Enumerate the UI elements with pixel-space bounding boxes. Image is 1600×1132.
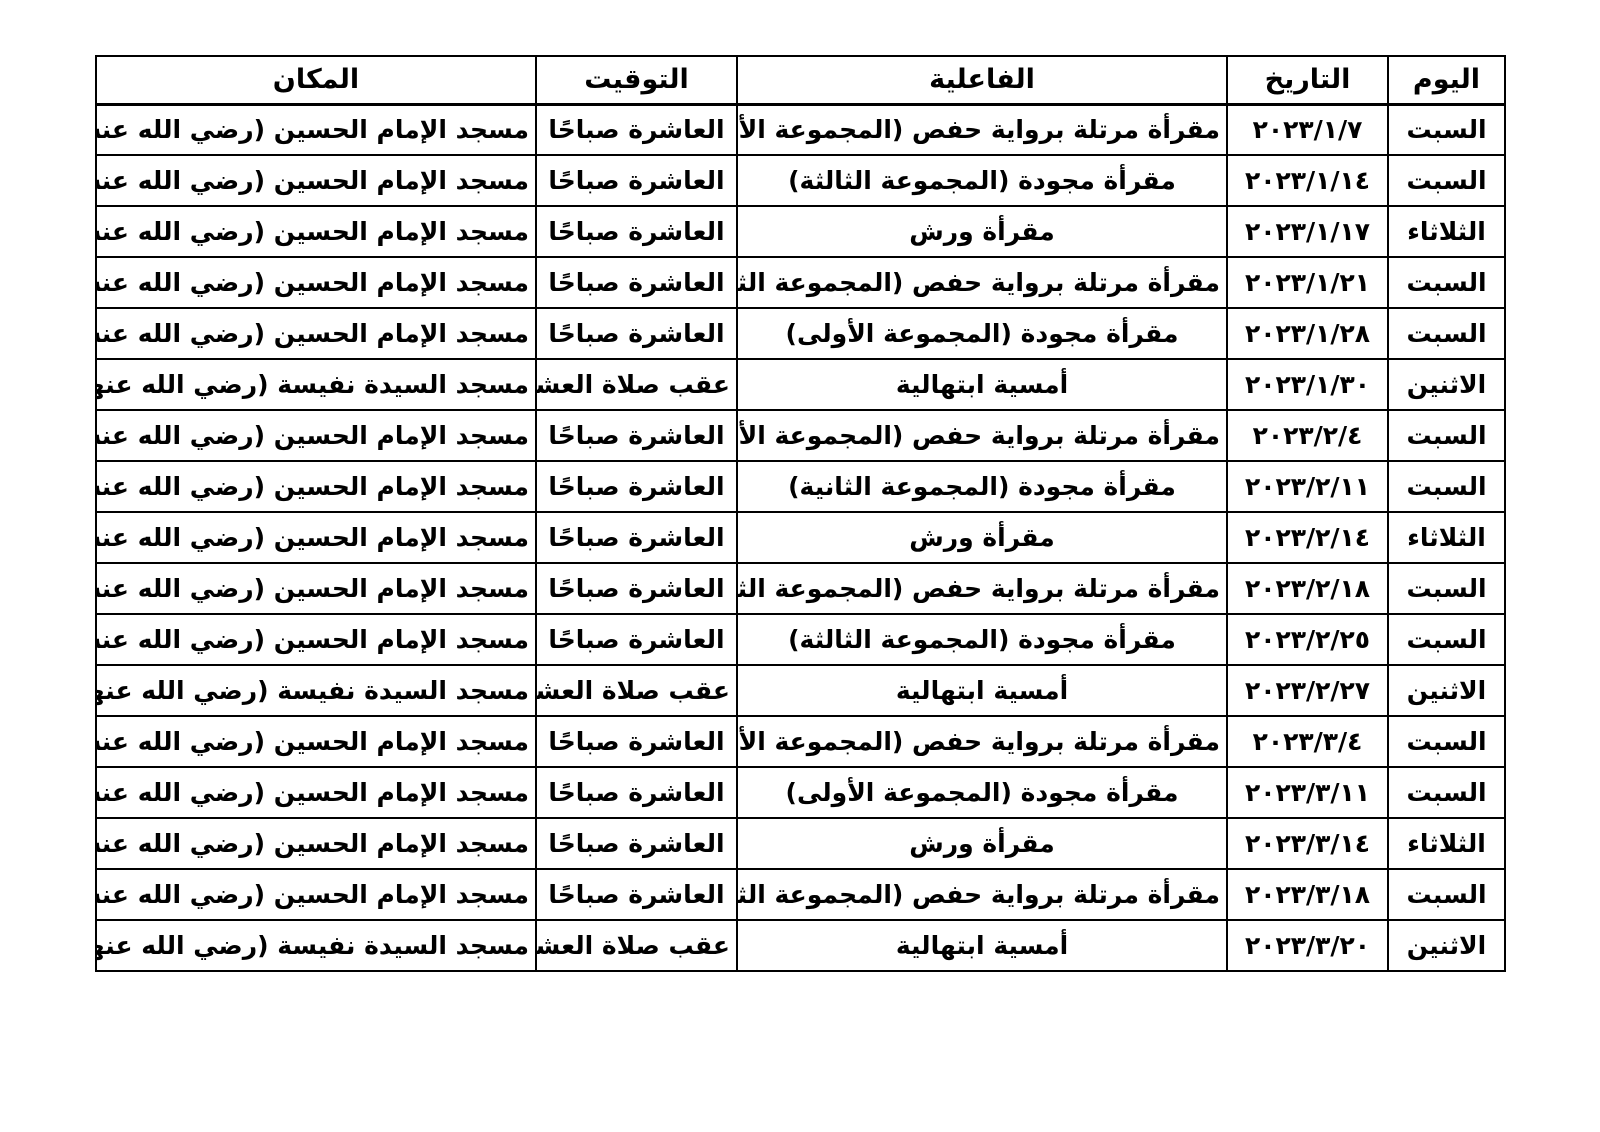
cell-date: ٢٠٢٣/٣/٤ — [1227, 716, 1388, 767]
cell-activity: مقرأة مجودة (المجموعة الثانية) — [737, 461, 1227, 512]
table-row: الاثنين٢٠٢٣/٢/٢٧أمسية ابتهاليةعقب صلاة ا… — [96, 665, 1505, 716]
table-row: الاثنين٢٠٢٣/١/٣٠أمسية ابتهاليةعقب صلاة ا… — [96, 359, 1505, 410]
cell-place: مسجد الإمام الحسين (رضي الله عنه) — [96, 614, 536, 665]
cell-time: عقب صلاة العشاء — [536, 920, 737, 971]
cell-place: مسجد الإمام الحسين (رضي الله عنه) — [96, 461, 536, 512]
cell-place: مسجد الإمام الحسين (رضي الله عنه) — [96, 512, 536, 563]
schedule-table-body: السبت٢٠٢٣/١/٧مقرأة مرتلة برواية حفص (الم… — [96, 104, 1505, 971]
cell-day: الثلاثاء — [1388, 512, 1505, 563]
cell-activity: مقرأة ورش — [737, 512, 1227, 563]
cell-place: مسجد الإمام الحسين (رضي الله عنه) — [96, 818, 536, 869]
cell-place: مسجد الإمام الحسين (رضي الله عنه) — [96, 206, 536, 257]
table-row: السبت٢٠٢٣/١/٧مقرأة مرتلة برواية حفص (الم… — [96, 104, 1505, 155]
cell-place: مسجد الإمام الحسين (رضي الله عنه) — [96, 563, 536, 614]
header-time: التوقيت — [536, 56, 737, 104]
header-day: اليوم — [1388, 56, 1505, 104]
document-page: اليوم التاريخ الفاعلية التوقيت المكان ال… — [0, 0, 1600, 1132]
header-activity: الفاعلية — [737, 56, 1227, 104]
cell-activity: مقرأة مجودة (المجموعة الأولى) — [737, 767, 1227, 818]
cell-date: ٢٠٢٣/٢/١١ — [1227, 461, 1388, 512]
cell-time: العاشرة صباحًا — [536, 461, 737, 512]
cell-time: العاشرة صباحًا — [536, 818, 737, 869]
cell-date: ٢٠٢٣/١/١٤ — [1227, 155, 1388, 206]
cell-time: العاشرة صباحًا — [536, 767, 737, 818]
table-row: السبت٢٠٢٣/٢/٤مقرأة مرتلة برواية حفص (الم… — [96, 410, 1505, 461]
cell-day: السبت — [1388, 869, 1505, 920]
cell-day: الاثنين — [1388, 359, 1505, 410]
cell-activity: مقرأة ورش — [737, 206, 1227, 257]
cell-activity: أمسية ابتهالية — [737, 359, 1227, 410]
cell-time: العاشرة صباحًا — [536, 410, 737, 461]
table-row: السبت٢٠٢٣/٣/٤مقرأة مرتلة برواية حفص (الم… — [96, 716, 1505, 767]
table-row: السبت٢٠٢٣/٢/١١مقرأة مجودة (المجموعة الثا… — [96, 461, 1505, 512]
cell-day: السبت — [1388, 308, 1505, 359]
cell-activity: مقرأة مرتلة برواية حفص (المجموعة الثانية… — [737, 257, 1227, 308]
cell-place: مسجد الإمام الحسين (رضي الله عنه) — [96, 767, 536, 818]
cell-place: مسجد الإمام الحسين (رضي الله عنه) — [96, 257, 536, 308]
cell-place: مسجد الإمام الحسين (رضي الله عنه) — [96, 716, 536, 767]
cell-time: العاشرة صباحًا — [536, 869, 737, 920]
cell-date: ٢٠٢٣/٢/١٨ — [1227, 563, 1388, 614]
table-row: الثلاثاء٢٠٢٣/١/١٧مقرأة ورشالعاشرة صباحًا… — [96, 206, 1505, 257]
cell-place: مسجد الإمام الحسين (رضي الله عنه) — [96, 308, 536, 359]
cell-date: ٢٠٢٣/٢/٢٧ — [1227, 665, 1388, 716]
table-row: الثلاثاء٢٠٢٣/٣/١٤مقرأة ورشالعاشرة صباحًا… — [96, 818, 1505, 869]
table-row: السبت٢٠٢٣/١/٢٨مقرأة مجودة (المجموعة الأو… — [96, 308, 1505, 359]
header-date: التاريخ — [1227, 56, 1388, 104]
cell-time: العاشرة صباحًا — [536, 614, 737, 665]
cell-date: ٢٠٢٣/٢/٢٥ — [1227, 614, 1388, 665]
cell-place: مسجد الإمام الحسين (رضي الله عنه) — [96, 869, 536, 920]
table-row: الاثنين٢٠٢٣/٣/٢٠أمسية ابتهاليةعقب صلاة ا… — [96, 920, 1505, 971]
cell-activity: مقرأة مرتلة برواية حفص (المجموعة الثانية… — [737, 563, 1227, 614]
cell-day: السبت — [1388, 767, 1505, 818]
cell-date: ٢٠٢٣/٣/١٨ — [1227, 869, 1388, 920]
cell-time: عقب صلاة العشاء — [536, 665, 737, 716]
cell-day: السبت — [1388, 104, 1505, 155]
cell-day: السبت — [1388, 461, 1505, 512]
cell-day: الاثنين — [1388, 920, 1505, 971]
table-row: السبت٢٠٢٣/٢/٢٥مقرأة مجودة (المجموعة الثا… — [96, 614, 1505, 665]
cell-day: الاثنين — [1388, 665, 1505, 716]
cell-time: العاشرة صباحًا — [536, 512, 737, 563]
header-row: اليوم التاريخ الفاعلية التوقيت المكان — [96, 56, 1505, 104]
cell-day: السبت — [1388, 257, 1505, 308]
cell-day: الثلاثاء — [1388, 206, 1505, 257]
table-row: السبت٢٠٢٣/٢/١٨مقرأة مرتلة برواية حفص (ال… — [96, 563, 1505, 614]
cell-place: مسجد السيدة نفيسة (رضي الله عنها) — [96, 920, 536, 971]
cell-time: العاشرة صباحًا — [536, 104, 737, 155]
cell-place: مسجد الإمام الحسين (رضي الله عنه) — [96, 104, 536, 155]
cell-day: السبت — [1388, 563, 1505, 614]
cell-place: مسجد السيدة نفيسة (رضي الله عنها) — [96, 359, 536, 410]
table-row: السبت٢٠٢٣/١/٢١مقرأة مرتلة برواية حفص (ال… — [96, 257, 1505, 308]
cell-activity: أمسية ابتهالية — [737, 665, 1227, 716]
cell-place: مسجد الإمام الحسين (رضي الله عنه) — [96, 410, 536, 461]
cell-time: العاشرة صباحًا — [536, 155, 737, 206]
table-row: السبت٢٠٢٣/٣/١٨مقرأة مرتلة برواية حفص (ال… — [96, 869, 1505, 920]
cell-date: ٢٠٢٣/٣/١١ — [1227, 767, 1388, 818]
cell-activity: أمسية ابتهالية — [737, 920, 1227, 971]
cell-time: عقب صلاة العشاء — [536, 359, 737, 410]
cell-activity: مقرأة مجودة (المجموعة الأولى) — [737, 308, 1227, 359]
cell-date: ٢٠٢٣/١/٢٨ — [1227, 308, 1388, 359]
cell-time: العاشرة صباحًا — [536, 716, 737, 767]
cell-place: مسجد السيدة نفيسة (رضي الله عنها) — [96, 665, 536, 716]
table-row: الثلاثاء٢٠٢٣/٢/١٤مقرأة ورشالعاشرة صباحًا… — [96, 512, 1505, 563]
cell-activity: مقرأة ورش — [737, 818, 1227, 869]
cell-place: مسجد الإمام الحسين (رضي الله عنه) — [96, 155, 536, 206]
cell-day: السبت — [1388, 410, 1505, 461]
cell-date: ٢٠٢٣/٢/٤ — [1227, 410, 1388, 461]
events-schedule-table: اليوم التاريخ الفاعلية التوقيت المكان ال… — [95, 55, 1506, 972]
cell-date: ٢٠٢٣/٣/٢٠ — [1227, 920, 1388, 971]
cell-time: العاشرة صباحًا — [536, 308, 737, 359]
cell-day: السبت — [1388, 716, 1505, 767]
table-header: اليوم التاريخ الفاعلية التوقيت المكان — [96, 56, 1505, 104]
cell-day: الثلاثاء — [1388, 818, 1505, 869]
cell-date: ٢٠٢٣/١/٣٠ — [1227, 359, 1388, 410]
cell-activity: مقرأة مجودة (المجموعة الثالثة) — [737, 155, 1227, 206]
cell-time: العاشرة صباحًا — [536, 563, 737, 614]
cell-date: ٢٠٢٣/١/٧ — [1227, 104, 1388, 155]
cell-date: ٢٠٢٣/٣/١٤ — [1227, 818, 1388, 869]
cell-date: ٢٠٢٣/١/١٧ — [1227, 206, 1388, 257]
cell-date: ٢٠٢٣/١/٢١ — [1227, 257, 1388, 308]
cell-day: السبت — [1388, 155, 1505, 206]
cell-activity: مقرأة مرتلة برواية حفص (المجموعة الأولى) — [737, 716, 1227, 767]
table-row: السبت٢٠٢٣/١/١٤مقرأة مجودة (المجموعة الثا… — [96, 155, 1505, 206]
table-row: السبت٢٠٢٣/٣/١١مقرأة مجودة (المجموعة الأو… — [96, 767, 1505, 818]
cell-day: السبت — [1388, 614, 1505, 665]
cell-activity: مقرأة مرتلة برواية حفص (المجموعة الأولى) — [737, 410, 1227, 461]
cell-time: العاشرة صباحًا — [536, 206, 737, 257]
cell-activity: مقرأة مرتلة برواية حفص (المجموعة الثانية… — [737, 869, 1227, 920]
cell-time: العاشرة صباحًا — [536, 257, 737, 308]
header-place: المكان — [96, 56, 536, 104]
cell-date: ٢٠٢٣/٢/١٤ — [1227, 512, 1388, 563]
cell-activity: مقرأة مرتلة برواية حفص (المجموعة الأولى) — [737, 104, 1227, 155]
cell-activity: مقرأة مجودة (المجموعة الثالثة) — [737, 614, 1227, 665]
